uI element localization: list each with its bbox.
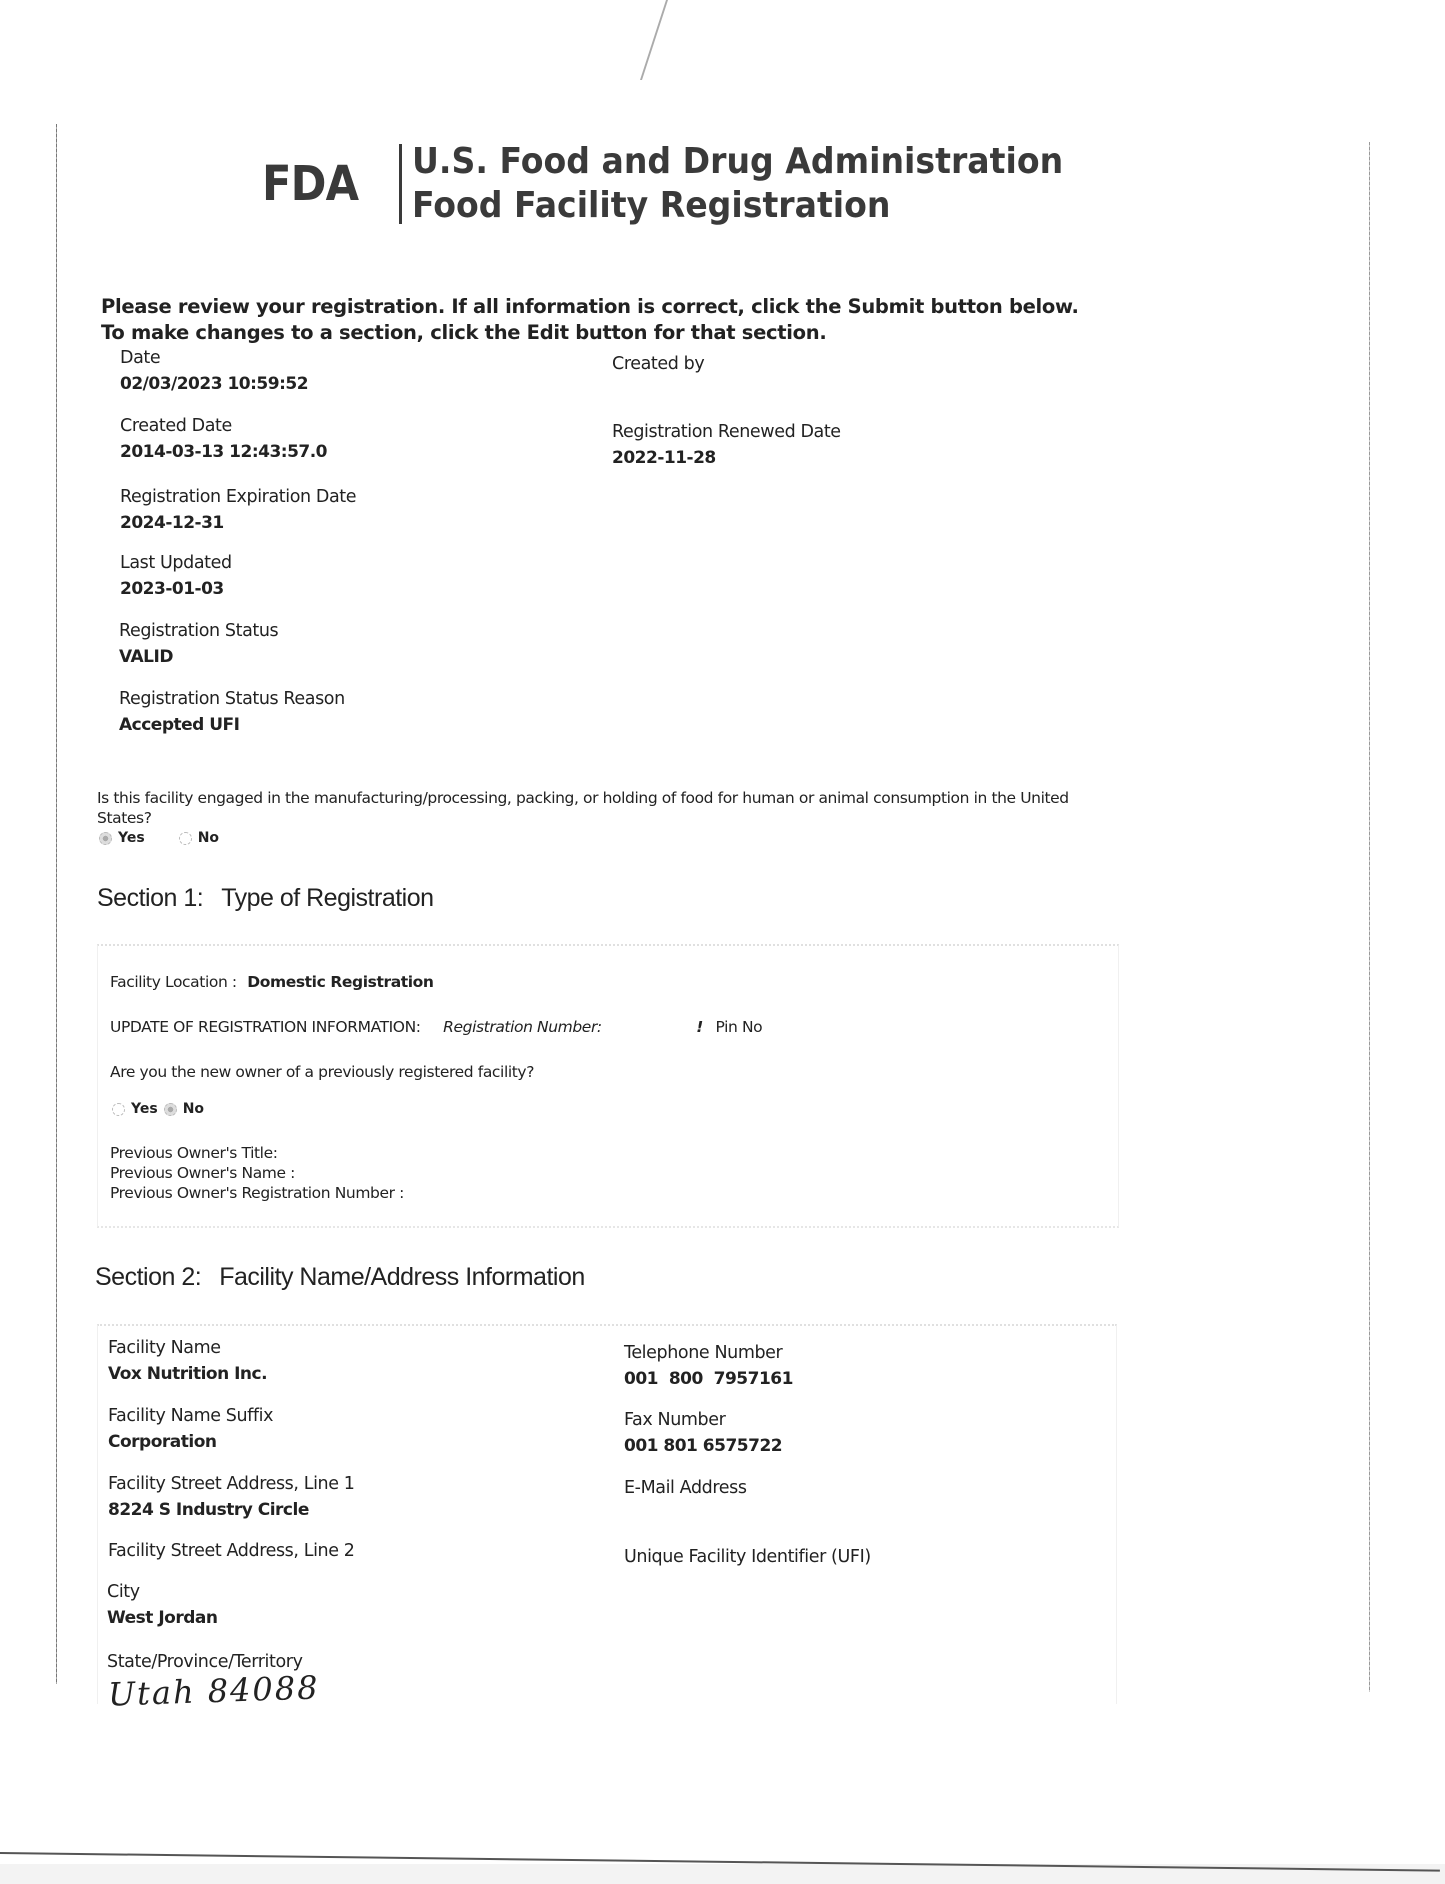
field-value: West Jordan (107, 1606, 217, 1630)
pin-label: Pin No (715, 1018, 762, 1036)
previous-owner-name-label: Previous Owner's Name : (110, 1163, 404, 1183)
field-street-line-1: Facility Street Address, Line 1 8224 S I… (108, 1472, 355, 1522)
field-facility-name: Facility Name Vox Nutrition Inc. (108, 1336, 267, 1386)
field-expiration-date: Registration Expiration Date 2024-12-31 (120, 485, 356, 535)
field-label: Created Date (120, 414, 327, 438)
field-label: E-Mail Address (624, 1476, 747, 1500)
field-label: Fax Number (624, 1408, 782, 1432)
field-label: Facility Name (108, 1336, 267, 1360)
previous-owner-block: Previous Owner's Title: Previous Owner's… (110, 1143, 404, 1203)
field-registration-status: Registration Status VALID (119, 619, 278, 669)
pin-mark: ! (696, 1018, 703, 1036)
field-value: Corporation (108, 1430, 273, 1454)
facility-location-row: Facility Location : Domestic Registratio… (110, 973, 434, 991)
section-number: Section 1: (97, 884, 203, 912)
radio-no[interactable] (179, 832, 192, 845)
section-title: Type of Registration (221, 884, 433, 912)
field-label: Unique Facility Identifier (UFI) (624, 1545, 871, 1569)
field-value: 001 800 7957161 (624, 1367, 793, 1391)
registration-number-label: Registration Number: (443, 1018, 602, 1036)
scan-page-edge-right (1369, 142, 1370, 1692)
field-label: Registration Renewed Date (612, 420, 841, 444)
page-header: FDA U.S. Food and Drug Administration Fo… (262, 140, 1120, 228)
header-titles: U.S. Food and Drug Administration Food F… (412, 140, 1063, 228)
radio-no-selected[interactable] (164, 1103, 177, 1116)
field-facility-name-suffix: Facility Name Suffix Corporation (108, 1404, 273, 1454)
status-badge: VALID (119, 645, 278, 669)
field-label: Last Updated (120, 551, 232, 575)
page-title: Food Facility Registration (412, 184, 1063, 228)
field-label: Registration Expiration Date (120, 485, 356, 509)
header-divider (399, 144, 402, 224)
field-label: Facility Name Suffix (108, 1404, 273, 1428)
radio-label-no: No (183, 1101, 204, 1117)
field-label: City (107, 1580, 217, 1604)
field-label: Registration Status Reason (119, 687, 345, 711)
update-registration-row: UPDATE OF REGISTRATION INFORMATION: Regi… (110, 1018, 762, 1036)
radio-yes-selected[interactable] (99, 832, 112, 845)
new-owner-question: Are you the new owner of a previously re… (110, 1063, 534, 1081)
scan-page-edge-left (56, 124, 57, 1684)
field-label: Facility Street Address, Line 2 (108, 1539, 355, 1563)
radio-yes[interactable] (112, 1103, 125, 1116)
review-instructions: Please review your registration. If all … (101, 294, 1101, 346)
field-fax: Fax Number 001 801 6575722 (624, 1408, 782, 1458)
previous-owner-registration-label: Previous Owner's Registration Number : (110, 1183, 404, 1203)
field-renewed-date: Registration Renewed Date 2022-11-28 (612, 420, 841, 470)
radio-label-no: No (198, 830, 219, 846)
update-registration-label: UPDATE OF REGISTRATION INFORMATION: (110, 1018, 421, 1036)
agency-name: U.S. Food and Drug Administration (412, 140, 1063, 184)
field-value: 02/03/2023 10:59:52 (120, 372, 308, 396)
radio-label-yes: Yes (131, 1101, 158, 1117)
field-label: Created by (612, 352, 704, 376)
field-created-date: Created Date 2014-03-13 12:43:57.0 (120, 414, 327, 464)
section-1-heading: Section 1:Type of Registration (97, 884, 434, 913)
field-value: 2014-03-13 12:43:57.0 (120, 440, 327, 464)
field-label: Date (120, 346, 308, 370)
field-value: 2022-11-28 (612, 446, 841, 470)
field-street-line-2: Facility Street Address, Line 2 (108, 1539, 355, 1563)
previous-owner-title-label: Previous Owner's Title: (110, 1143, 404, 1163)
section-number: Section 2: (95, 1263, 201, 1291)
field-created-by: Created by (612, 352, 704, 376)
field-status-reason: Registration Status Reason Accepted UFI (119, 687, 345, 737)
field-telephone: Telephone Number 001 800 7957161 (624, 1341, 793, 1391)
section-title: Facility Name/Address Information (219, 1263, 585, 1291)
field-city: City West Jordan (107, 1580, 217, 1630)
field-value: 8224 S Industry Circle (108, 1498, 355, 1522)
field-label: Registration Status (119, 619, 278, 643)
field-value: Accepted UFI (119, 713, 345, 737)
us-operations-radio-group: Yes No (99, 830, 219, 846)
facility-location-value: Domestic Registration (247, 973, 433, 991)
field-ufi: Unique Facility Identifier (UFI) (624, 1545, 871, 1569)
field-value: 001 801 6575722 (624, 1434, 782, 1458)
field-email: E-Mail Address (624, 1476, 747, 1500)
handwritten-state-zip: Utah 84088 (107, 1668, 320, 1713)
new-owner-radio-group: Yes No (112, 1101, 204, 1117)
fda-logo: FDA (262, 156, 358, 212)
field-value: 2023-01-03 (120, 577, 232, 601)
radio-label-yes: Yes (118, 830, 145, 846)
section-2-heading: Section 2:Facility Name/Address Informat… (95, 1263, 585, 1292)
field-value: Vox Nutrition Inc. (108, 1362, 267, 1386)
field-value: 2024-12-31 (120, 511, 356, 535)
field-date: Date 02/03/2023 10:59:52 (120, 346, 308, 396)
scan-pen-stroke (640, 0, 668, 80)
facility-location-label: Facility Location : (110, 973, 237, 991)
us-operations-question: Is this facility engaged in the manufact… (97, 788, 1097, 828)
field-label: Facility Street Address, Line 1 (108, 1472, 355, 1496)
field-last-updated: Last Updated 2023-01-03 (120, 551, 232, 601)
field-label: Telephone Number (624, 1341, 793, 1365)
